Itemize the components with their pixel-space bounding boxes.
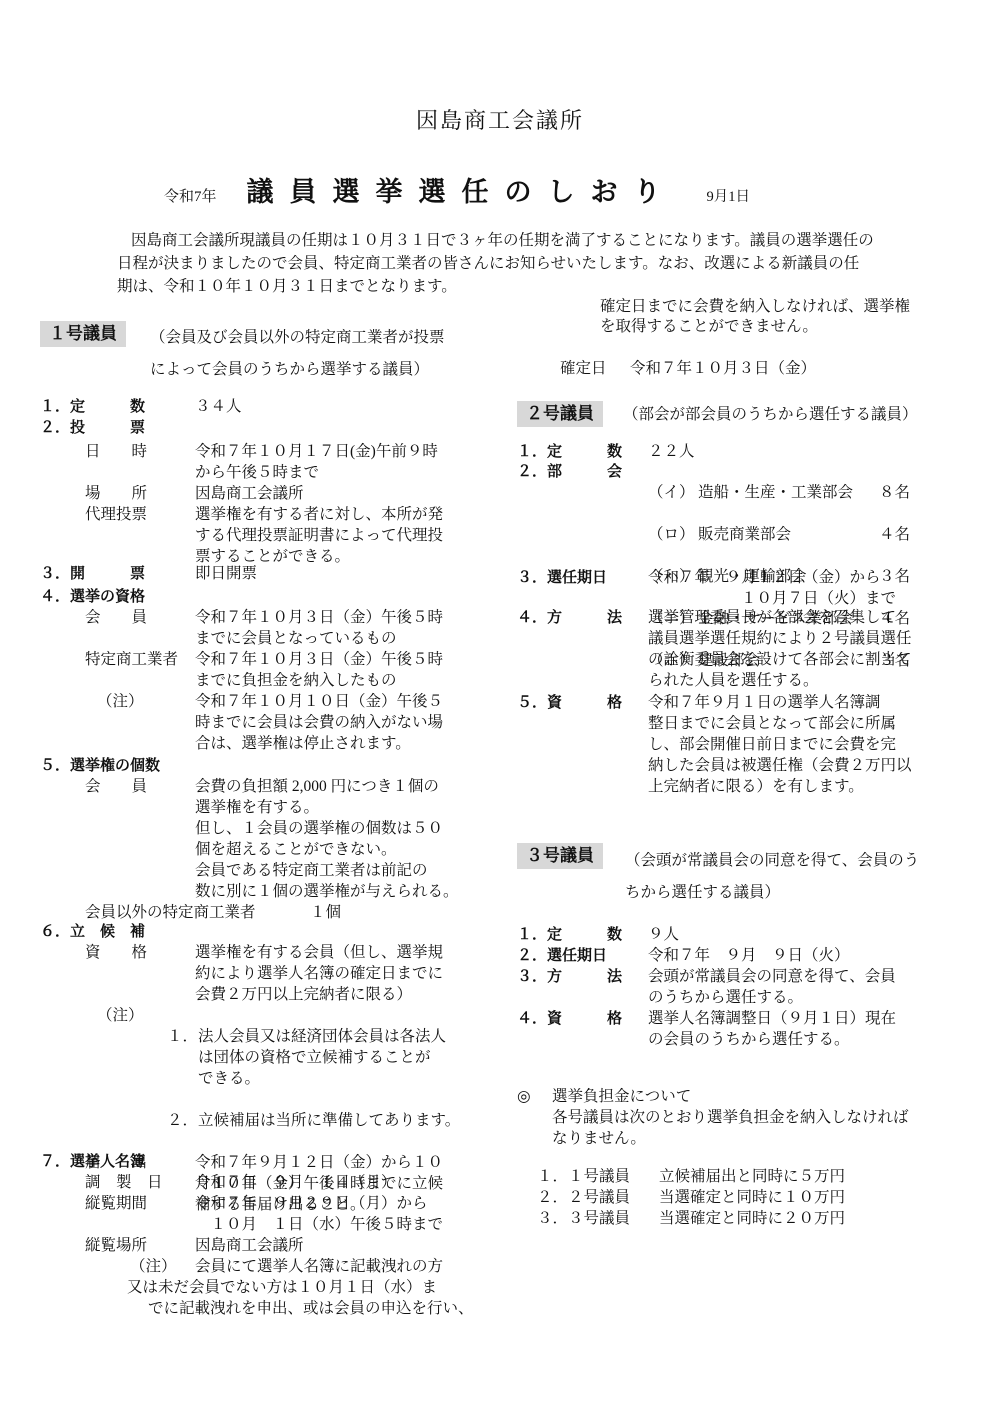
field-value: 因島商工会議所 <box>195 1235 478 1256</box>
field-value: 令和７年１０月１０日（金）午後５ 時までに会員は会費の納入がない場 合は、選挙権… <box>195 691 478 754</box>
field-row: 場 所 因島商工会議所 <box>40 483 478 504</box>
doc-date: 9月1日 <box>707 185 751 206</box>
field-row: ３．開 票 即日開票 <box>40 563 478 584</box>
field-label: １．定 数 <box>40 396 195 417</box>
field-value: ９人 <box>648 924 995 945</box>
field-value: 令和７年１０月３日（金）午後５時 までに会員となっているもの <box>195 607 478 649</box>
tohyo-heading: ２．投 票 <box>40 417 478 438</box>
field-value: 選挙管理委員長が各部会を召集して 議員選挙選任規約により２号議員選任 の詮衡委員… <box>648 607 995 691</box>
field-value: 会頭が常議員会の同意を得て、会員 のうちから選任する。 <box>648 966 995 1008</box>
item-text: 立候補届は当所に準備してあります。 <box>198 1110 460 1131</box>
tohyo-block: 日 時 令和７年１０月１７日(金)午前９時 から午後５時まで 場 所 因島商工会… <box>40 441 478 567</box>
shikaku-heading: ４．選挙の資格 <box>40 586 478 607</box>
note-row: （注） １． 法人会員又は経済団体会員は各法人 は団体の資格で立候補することが … <box>40 1005 478 1152</box>
field-label: ３．３号議員 <box>537 1208 659 1229</box>
bukai-count: ８名 <box>879 482 910 503</box>
section-badge: ２号議員 <box>517 401 603 427</box>
field-row: 会 員 令和７年１０月３日（金）午後５時 までに会員となっているもの <box>40 607 478 649</box>
field-label: ２．選任期日 <box>517 945 648 966</box>
field-value: 選挙人名簿調整日（９月１日）現在 の会員のうちから選任する。 <box>648 1008 995 1050</box>
field-label: ５．選挙権の個数 <box>40 757 160 774</box>
item-marker: １． <box>167 1026 198 1089</box>
field-value: 令和７年 ９月 １日（月） <box>195 1172 478 1193</box>
field-value: 当選確定と同時に２０万円 <box>659 1208 995 1229</box>
double-circle-marker: ◎ <box>517 1086 552 1149</box>
field-value: 令和７年９月１日の選挙人名簿調 整日までに会員となって部会に所属 し、部会開催日… <box>648 692 995 797</box>
field-label: 資 格 <box>40 942 195 963</box>
field-row: ５．資 格 令和７年９月１日の選挙人名簿調 整日までに会員となって部会に所属 し… <box>517 692 995 797</box>
org-title: 因島商工会議所 <box>0 104 1000 135</box>
field-label: ６．立 候 補 <box>40 923 145 940</box>
field-value: 選挙権を有する者に対し、本所が発 する代理投票証明書によって代理投 票することが… <box>195 504 478 567</box>
kosu-block: 会 員 会費の負担額 2,000 円につき１個の 選挙権を有する。 但し、１会員… <box>40 776 478 923</box>
field-value: 令和７年１０月３日（金）午後５時 までに負担金を納入したもの <box>195 649 478 691</box>
hoho-block: ４．方 法 選挙管理委員長が各部会を召集して 議員選挙選任規約により２号議員選任… <box>517 607 995 691</box>
item-text: 法人会員又は経済団体会員は各法人 は団体の資格で立候補することが できる。 <box>198 1026 446 1089</box>
field-row: 縦覧期間 令和７年 ９月２９日（月）から １０月 １日（水）午後５時まで <box>40 1193 478 1235</box>
intro-paragraph: 因島商工会議所現議員の任期は１０月３１日で３ヶ年の任期を満了することになります。… <box>117 229 917 298</box>
field-row: 会員以外の特定商工業者 １個 <box>40 902 478 923</box>
field-value: 因島商工会議所 <box>195 483 478 504</box>
field-label: ４．選挙の資格 <box>40 588 145 605</box>
section1-header: １号議員 <box>40 321 126 347</box>
bukai-item: （イ） 造船・生産・工業部会 ８名 <box>648 482 910 503</box>
rikkoho-heading: ６．立 候 補 <box>40 921 478 942</box>
item-marker: （イ） <box>648 482 698 503</box>
era-label: 令和7年 <box>164 185 217 206</box>
note-row: （注） 会員にて選挙人名簿に記載洩れの方 <box>40 1256 478 1277</box>
field-value: ３４人 <box>195 396 478 417</box>
field-label: ２．投 票 <box>40 419 145 436</box>
fixed-date-row: 確定日 令和７年１０月３日（金） <box>560 356 816 378</box>
field-value: 令和７年 ９月１２日（金）から １０月７日（火）まで <box>648 567 995 609</box>
bukai-name: 販売商業部会 <box>698 524 791 545</box>
bukai-count: ４名 <box>879 524 910 545</box>
kaihyo-block: ３．開 票 即日開票 <box>40 563 478 584</box>
field-label: ４．方 法 <box>517 607 648 628</box>
futan-heading: ◎ 選挙負担金について 各号議員は次のとおり選挙負担金を納入しなければ なりませ… <box>517 1086 995 1149</box>
document-page: 因島商工会議所 令和7年 議員選挙選任のしおり 9月1日 因島商工会議所現議員の… <box>0 0 1000 1415</box>
field-value: 令和７年１０月３日（金） <box>630 356 816 378</box>
field-label: 会 員 <box>40 607 195 628</box>
field-label: 日 時 <box>40 441 195 462</box>
section-badge: ３号議員 <box>517 843 603 869</box>
field-row: 日 時 令和７年１０月１７日(金)午前９時 から午後５時まで <box>40 441 478 483</box>
field-row: 代理投票 選挙権を有する者に対し、本所が発 する代理投票証明書によって代理投 票… <box>40 504 478 567</box>
note-label: （注） <box>40 1005 167 1026</box>
teisu-block: １．定 数 ２２人 <box>517 441 995 462</box>
note-text: でに記載洩れを申出、或は会員の申込を行い、 <box>40 1298 478 1319</box>
field-label: 会員以外の特定商工業者 <box>40 902 310 923</box>
note-item: ２． 立候補届は当所に準備してあります。 <box>167 1110 478 1131</box>
section-desc: （会頭が常議員会の同意を得て、会員のう ちから選任する議員） <box>625 845 919 909</box>
field-row: ３．選任期日 令和７年 ９月１２日（金）から １０月７日（火）まで <box>517 567 995 609</box>
section3-block: １．定 数 ９人 ２．選任期日 令和７年 ９月 ９日（火） ３．方 法 会頭が常… <box>517 924 995 1050</box>
field-value: 即日開票 <box>195 563 478 584</box>
field-row: 特定商工業者 令和７年１０月３日（金）午後５時 までに負担金を納入したもの <box>40 649 478 691</box>
field-label: 場 所 <box>40 483 195 504</box>
field-label: 縦覧期間 <box>40 1193 195 1214</box>
field-label: ２．部 会 <box>517 461 648 482</box>
field-label: １．定 数 <box>517 924 648 945</box>
item-marker: ２． <box>167 1110 198 1131</box>
doc-title: 議員選挙選任のしおり <box>247 170 677 209</box>
field-label: ３．開 票 <box>40 563 195 584</box>
field-row: 縦覧場所 因島商工会議所 <box>40 1235 478 1256</box>
note-label: （注） <box>40 1256 195 1277</box>
field-value: 令和７年１０月１７日(金)午前９時 から午後５時まで <box>195 441 478 483</box>
note-label: （注） <box>40 691 195 712</box>
field-row: ２．２号議員 当選確定と同時に１０万円 <box>517 1187 995 1208</box>
meibo-block: 調 製 日 令和７年 ９月 １日（月） 縦覧期間 令和７年 ９月２９日（月）から… <box>40 1172 478 1319</box>
meibo-heading: ７．選挙人名簿 <box>40 1151 478 1172</box>
field-label: １．１号議員 <box>537 1166 659 1187</box>
field-value: 令和７年 ９月 ９日（火） <box>648 945 995 966</box>
section-badge: １号議員 <box>40 321 126 347</box>
field-row: １．定 数 ２２人 <box>517 441 995 462</box>
field-row: １．定 数 ３４人 <box>40 396 478 417</box>
shikaku-block: 会 員 令和７年１０月３日（金）午後５時 までに会員となっているもの 特定商工業… <box>40 607 478 754</box>
field-row: １．１号議員 立候補届出と同時に５万円 <box>517 1166 995 1187</box>
section3-header: ３号議員 <box>517 843 603 869</box>
field-label: 代理投票 <box>40 504 195 525</box>
field-row: 調 製 日 令和７年 ９月 １日（月） <box>40 1172 478 1193</box>
section2-header: ２号議員 （部会が部会員のうちから選任する議員） <box>517 401 995 427</box>
field-label: ２．２号議員 <box>537 1187 659 1208</box>
field-row: 資 格 選挙権を有する会員（但し、選挙規 約により選挙人名簿の確定日までに 会費… <box>40 942 478 1005</box>
bukai-item: （ロ） 販売商業部会 ４名 <box>648 524 910 545</box>
field-row: （注） 令和７年１０月１０日（金）午後５ 時までに会員は会費の納入がない場 合は… <box>40 691 478 754</box>
field-row: １．定 数 ９人 <box>517 924 995 945</box>
field-label: 縦覧場所 <box>40 1235 195 1256</box>
field-label: 調 製 日 <box>40 1172 195 1193</box>
field-label: １．定 数 <box>517 441 648 462</box>
note-text: 会員にて選挙人名簿に記載洩れの方 <box>195 1256 478 1277</box>
section-desc: （部会が部会員のうちから選任する議員） <box>623 404 918 425</box>
field-label: ５．資 格 <box>517 692 648 713</box>
item-marker: （ロ） <box>648 524 698 545</box>
shikaku5-block: ５．資 格 令和７年９月１日の選挙人名簿調 整日までに会員となって部会に所属 し… <box>517 692 995 797</box>
field-value: 令和７年 ９月２９日（月）から １０月 １日（水）午後５時まで <box>195 1193 478 1235</box>
field-label: ３．選任期日 <box>517 567 648 588</box>
field-row: ２．選任期日 令和７年 ９月 ９日（火） <box>517 945 995 966</box>
teisu-block: １．定 数 ３４人 <box>40 396 478 417</box>
field-value: 立候補届出と同時に５万円 <box>659 1166 995 1187</box>
note-item: １． 法人会員又は経済団体会員は各法人 は団体の資格で立候補することが できる。 <box>167 1026 478 1089</box>
field-label: ４．資 格 <box>517 1008 648 1029</box>
bukai-name: 造船・生産・工業部会 <box>698 482 853 503</box>
section-desc: （会員及び会員以外の特定商工業者が投票 によって会員のうちから選挙する議員） <box>150 322 445 386</box>
futan-list: １．１号議員 立候補届出と同時に５万円 ２．２号議員 当選確定と同時に１０万円 … <box>517 1166 995 1229</box>
field-label: ７．選挙人名簿 <box>40 1153 145 1170</box>
field-row: ３．方 法 会頭が常議員会の同意を得て、会員 のうちから選任する。 <box>517 966 995 1008</box>
field-label: 会 員 <box>40 776 195 797</box>
sennin-block: ３．選任期日 令和７年 ９月１２日（金）から １０月７日（火）まで <box>517 567 995 609</box>
futan-text: 選挙負担金について 各号議員は次のとおり選挙負担金を納入しなければ なりません。 <box>552 1086 909 1149</box>
field-row: ４．方 法 選挙管理委員長が各部会を召集して 議員選挙選任規約により２号議員選任… <box>517 607 995 691</box>
field-label: ３．方 法 <box>517 966 648 987</box>
note-text: 又は未だ会員でない方は１０月１日（水）ま <box>40 1277 478 1298</box>
prepay-note: 確定日までに会費を納入しなければ、選挙権 を取得することができません。 <box>600 297 910 337</box>
field-value: 当選確定と同時に１０万円 <box>659 1187 995 1208</box>
field-label: 確定日 <box>560 356 630 378</box>
field-row: ３．３号議員 当選確定と同時に２０万円 <box>517 1208 995 1229</box>
field-row: 会 員 会費の負担額 2,000 円につき１個の 選挙権を有する。 但し、１会員… <box>40 776 478 902</box>
kosu-heading: ５．選挙権の個数 <box>40 755 478 776</box>
doc-heading: 令和7年 議員選挙選任のしおり 9月1日 <box>0 170 1000 209</box>
field-row: ４．資 格 選挙人名簿調整日（９月１日）現在 の会員のうちから選任する。 <box>517 1008 995 1050</box>
field-value: 選挙権を有する会員（但し、選挙規 約により選挙人名簿の確定日までに 会費２万円以… <box>195 942 478 1005</box>
field-label: 特定商工業者 <box>40 649 195 670</box>
field-value: 会費の負担額 2,000 円につき１個の 選挙権を有する。 但し、１会員の選挙権… <box>195 776 478 902</box>
futan-block: ◎ 選挙負担金について 各号議員は次のとおり選挙負担金を納入しなければ なりませ… <box>517 1086 995 1149</box>
field-value: ２２人 <box>648 441 995 462</box>
field-value: １個 <box>310 902 478 923</box>
